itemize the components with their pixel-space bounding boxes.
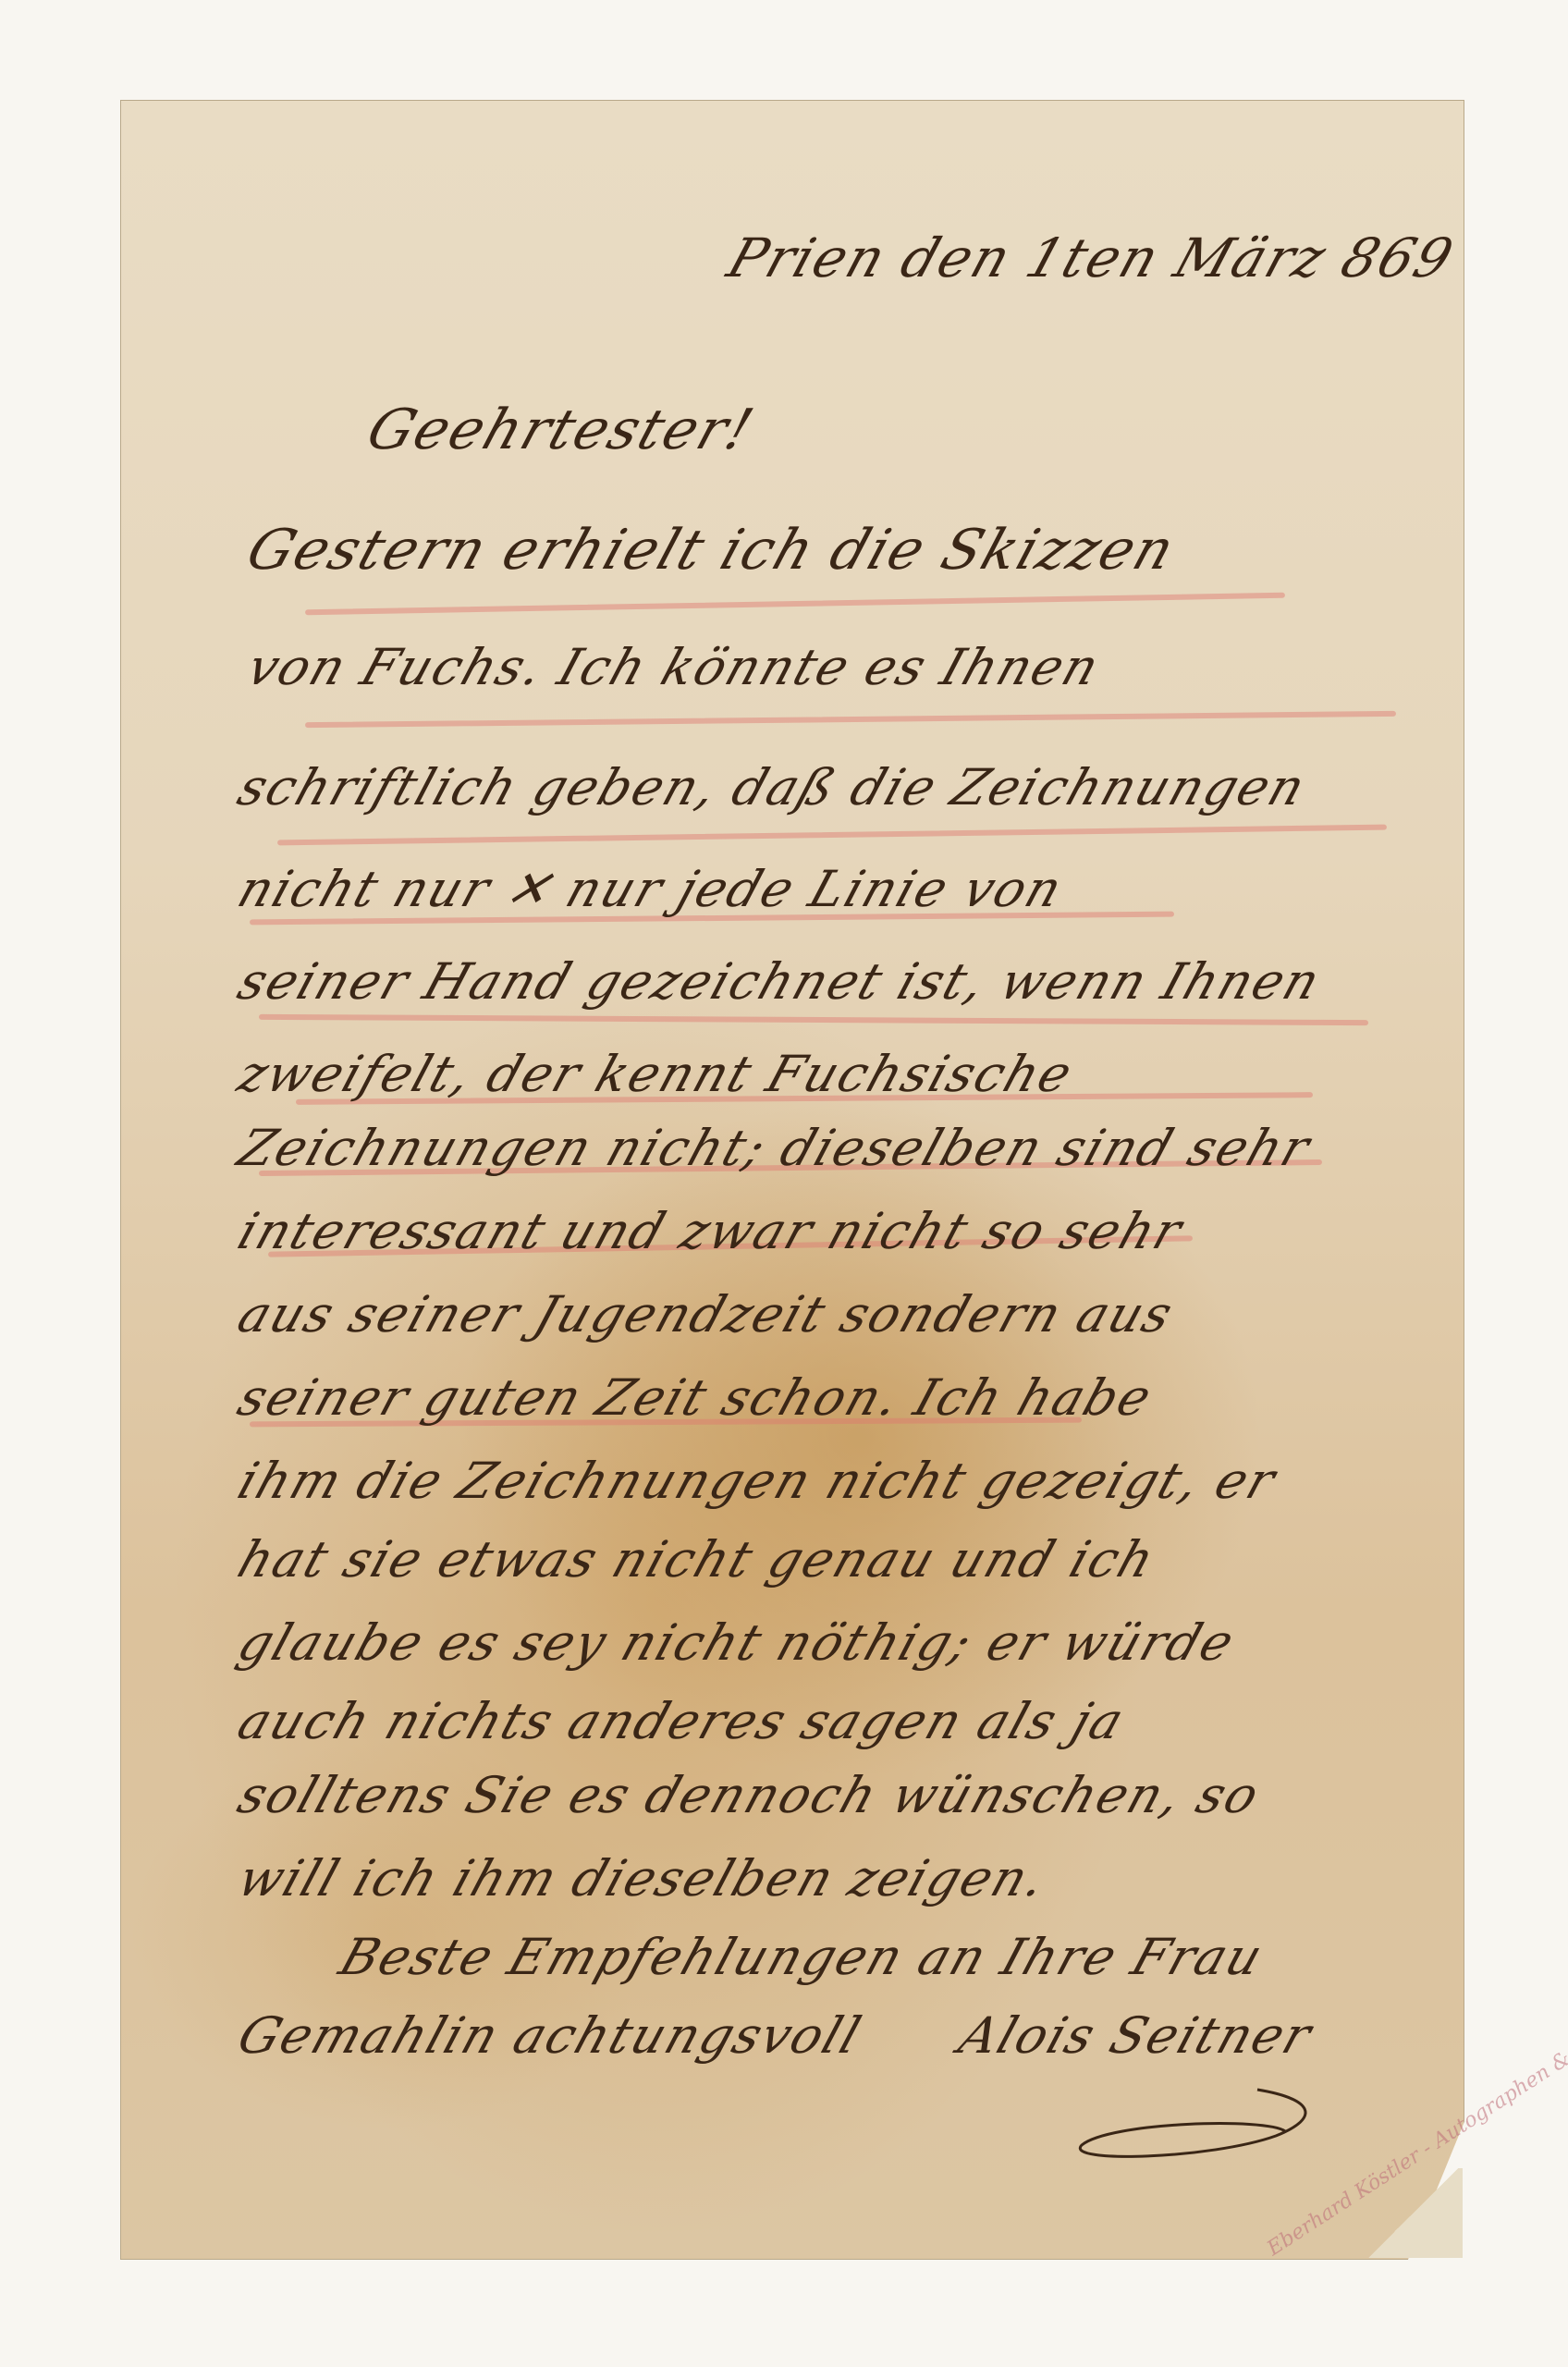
body-line: solltens Sie es dennoch wünschen, so <box>231 1766 1268 1824</box>
closing-line: Beste Empfehlungen an Ihre Frau <box>333 1928 1271 1986</box>
body-line: auch nichts anderes sagen als ja <box>231 1692 1133 1750</box>
signature-flourish-icon <box>1045 2080 1396 2164</box>
body-line: aus seiner Jugendzeit sondern aus <box>231 1285 1182 1343</box>
signature: Alois Seitner <box>952 2006 1320 2065</box>
body-line: zweifelt, der kennt Fuchsische <box>231 1045 1081 1103</box>
body-line: Gestern erhielt ich die Skizzen <box>239 518 1184 583</box>
body-line: will ich ihm dieselben zeigen. <box>231 1849 1055 1907</box>
salutation: Geehrtester! <box>360 398 763 462</box>
body-line: interessant und zwar nicht so sehr <box>231 1202 1191 1260</box>
body-line: Zeichnungen nicht; dieselben sind sehr <box>231 1119 1318 1177</box>
body-line: nicht nur ✕ nur jede Linie von <box>231 860 1071 918</box>
body-line: seiner Hand gezeichnet ist, wenn Ihnen <box>231 952 1329 1011</box>
closing-line: Gemahlin achtungsvoll <box>231 2006 870 2065</box>
body-line: glaube es sey nicht nöthig; er würde <box>231 1613 1243 1672</box>
date-line: Prien den 1ten März 869 <box>720 227 1462 289</box>
body-line: von Fuchs. Ich könnte es Ihnen <box>240 638 1108 696</box>
body-line: seiner guten Zeit schon. Ich habe <box>231 1368 1160 1427</box>
body-line: ihm die Zeichnungen nicht gezeigt, er <box>231 1452 1284 1510</box>
body-line: hat sie etwas nicht genau und ich <box>231 1530 1163 1588</box>
body-line: schriftlich geben, daß die Zeichnungen <box>231 758 1314 816</box>
